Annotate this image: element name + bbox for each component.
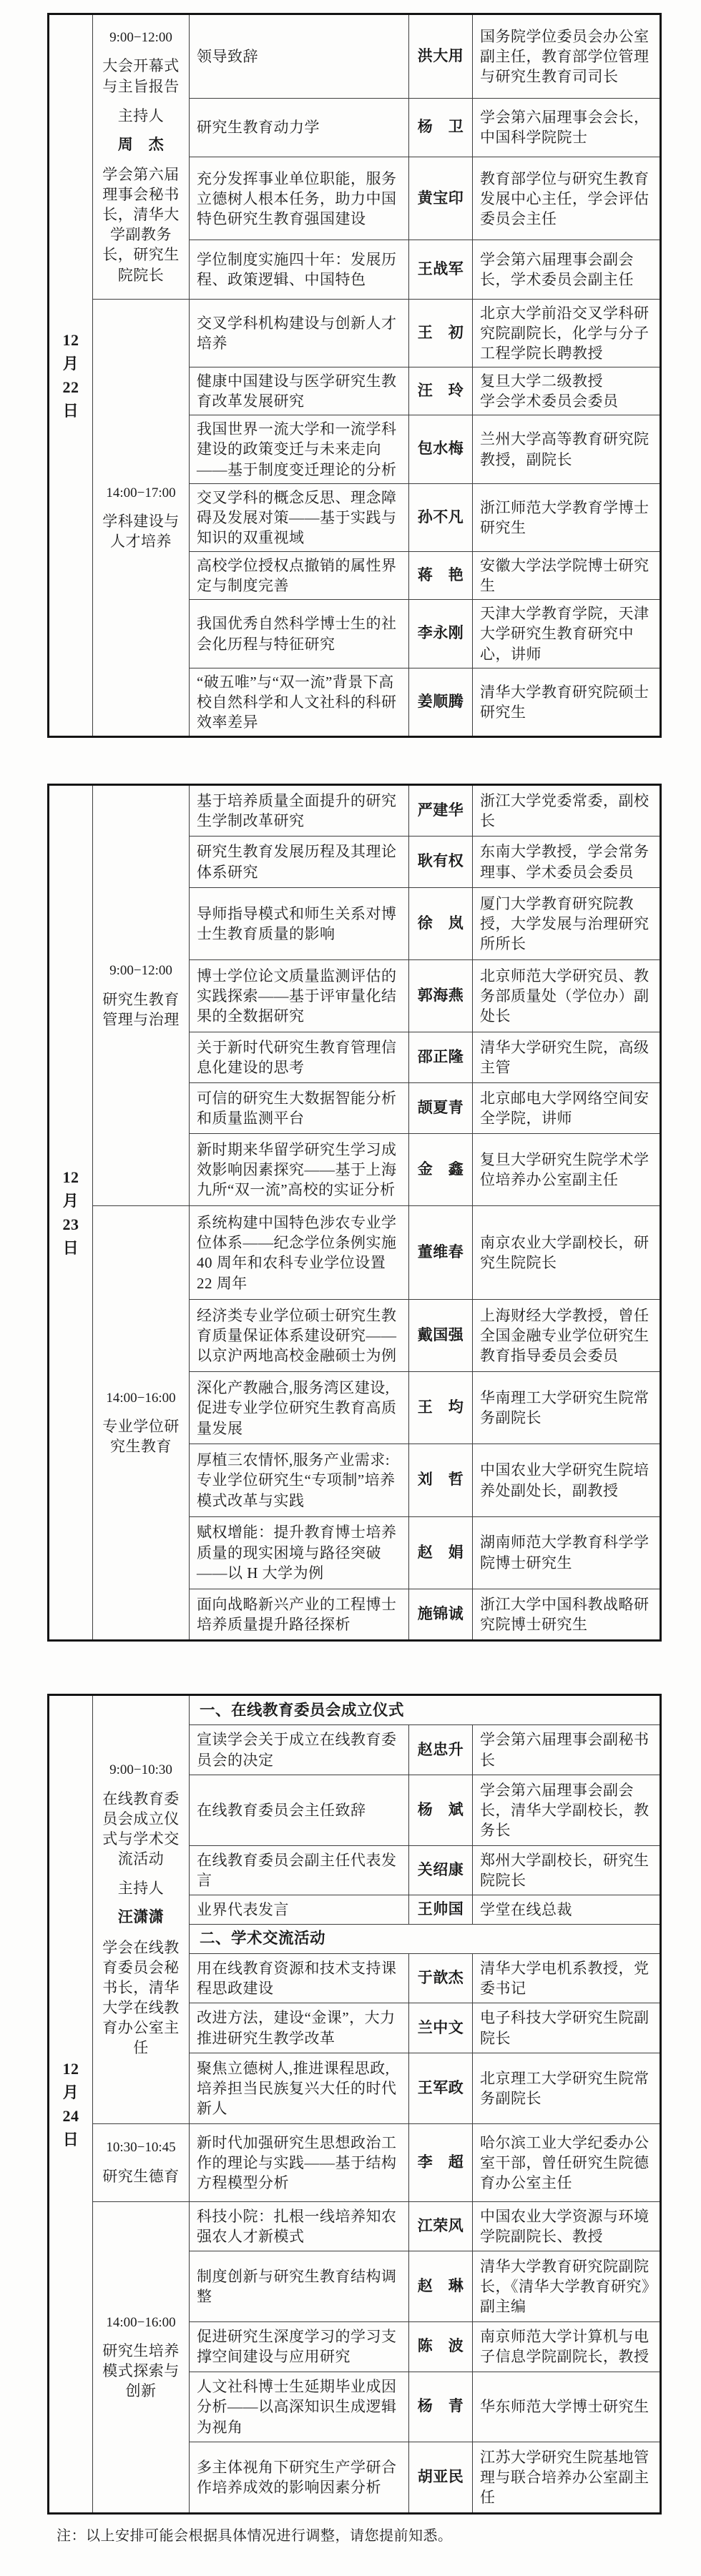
talk-title-cell: 博士学位论文质量监测评估的实践探索——基于评审量化结果的全数据研究: [190, 959, 409, 1032]
affiliation-cell: 教育部学位与研究生教育发展中心主任，学会评估委员会主任: [473, 157, 661, 240]
talk-title-cell: 制度创新与研究生教育结构调整: [190, 2251, 409, 2322]
session-label: 主持人: [98, 106, 184, 126]
talk-row: 12月23日9:00−12:00研究生教育管理与治理基于培养质量全面提升的研究生…: [49, 785, 661, 837]
speaker-name-cell: 杨 斌: [409, 1775, 473, 1845]
session-time: 14:00−16:00: [98, 1389, 184, 1407]
affiliation-cell: 复旦大学二级教授 学会学术委员会委员: [473, 367, 661, 415]
speaker-name-cell: 李永刚: [409, 600, 473, 668]
session-cell: 10:30−10:45研究生德育: [93, 2123, 190, 2201]
talk-title-cell: 改进方法，建设“金课”，大力推进研究生教学改革: [190, 2003, 409, 2053]
speaker-name-cell: 兰中文: [409, 2003, 473, 2053]
affiliation-cell: 学会第六届理事会会长，中国科学院院士: [473, 98, 661, 157]
talk-title-cell: 经济类专业学位硕士研究生教育质量保证体系建设研究——以京沪两地高校金融硕士为例: [190, 1300, 409, 1372]
talk-title-cell: 健康中国建设与医学研究生教育改革发展研究: [190, 367, 409, 415]
session-time: 10:30−10:45: [98, 2138, 184, 2156]
date-text: 日: [51, 2128, 91, 2151]
speaker-name-cell: 赵忠升: [409, 1725, 473, 1775]
talk-title-cell: “破五唯”与“双一流”背景下高校自然科学和人文社科的科研效率差异: [190, 668, 409, 736]
affiliation-cell: 学会第六届理事会副会长，学术委员会副主任: [473, 240, 661, 299]
session-cell: 14:00−16:00专业学位研究生教育: [93, 1206, 190, 1641]
date-text: 23: [51, 1213, 91, 1236]
talk-title-cell: 系统构建中国特色涉农专业学位体系——纪念学位条例实施 40 周年和农科专业学位设…: [190, 1206, 409, 1300]
footnote: 注：以上安排可能会根据具体情况进行调整，请您提前知悉。: [47, 2524, 660, 2545]
session-cell: 9:00−12:00研究生教育管理与治理: [93, 785, 190, 1206]
session-label: 主持人: [98, 1878, 184, 1898]
session-label: 周 杰: [98, 135, 184, 155]
speaker-name-cell: 蒋 艳: [409, 552, 473, 600]
speaker-name-cell: 包水梅: [409, 415, 473, 483]
affiliation-cell: 北京大学前沿交叉学科研究院副院长，化学与分子工程学院长聘教授: [473, 299, 661, 367]
talk-title-cell: 人文社科博士生延期毕业成因分析——以高深知识生成逻辑为视角: [190, 2372, 409, 2442]
speaker-name-cell: 黄宝印: [409, 157, 473, 240]
talk-title-cell: 基于培养质量全面提升的研究生学制改革研究: [190, 785, 409, 837]
speaker-name-cell: 严建华: [409, 785, 473, 837]
affiliation-cell: 兰州大学高等教育研究院教授，副院长: [473, 415, 661, 483]
speaker-name-cell: 王军政: [409, 2053, 473, 2123]
speaker-name-cell: 邵正隆: [409, 1032, 473, 1082]
affiliation-cell: 北京理工大学研究生院常务副院长: [473, 2053, 661, 2123]
session-label: 研究生培养模式探索与创新: [98, 2341, 184, 2401]
affiliation-cell: 复旦大学研究生院学术学位培养办公室副主任: [473, 1134, 661, 1206]
affiliation-cell: 南京农业大学副校长，研究生院院长: [473, 1206, 661, 1300]
schedule-table-day2-body: 12月23日9:00−12:00研究生教育管理与治理基于培养质量全面提升的研究生…: [49, 785, 661, 1641]
affiliation-cell: 电子科技大学研究生院副院长: [473, 2003, 661, 2053]
talk-title-cell: 在线教育委员会主任致辞: [190, 1775, 409, 1845]
date-text: 日: [51, 399, 91, 423]
speaker-name-cell: 于歆杰: [409, 1953, 473, 2003]
speaker-name-cell: 孙不凡: [409, 483, 473, 551]
talk-title-cell: 关于新时代研究生教育管理信息化建设的思考: [190, 1032, 409, 1082]
date-cell: 12月22日: [49, 14, 93, 737]
affiliation-cell: 学会第六届理事会副秘书长: [473, 1725, 661, 1775]
affiliation-cell: 哈尔滨工业大学纪委办公室干部，曾任研究生院德育办公室主任: [473, 2123, 661, 2201]
affiliation-cell: 清华大学电机系教授，党委书记: [473, 1953, 661, 2003]
affiliation-cell: 北京师范大学研究员、教务部质量处（学位办）副处长: [473, 959, 661, 1032]
speaker-name-cell: 杨 青: [409, 2372, 473, 2442]
date-text: 12: [51, 328, 91, 352]
talk-title-cell: 科技小院：扎根一线培养知农强农人才新模式: [190, 2201, 409, 2251]
speaker-name-cell: 金 鑫: [409, 1134, 473, 1206]
schedule-table-day1: 12月22日9:00−12:00大会开幕式与主旨报告主持人周 杰学会第六届理事会…: [47, 13, 662, 738]
date-text: 12: [51, 2057, 91, 2081]
speaker-name-cell: 颉夏青: [409, 1083, 473, 1134]
date-text: 月: [51, 352, 91, 375]
date-text: 12: [51, 1165, 91, 1189]
section-title-cell: 二、学术交流活动: [190, 1924, 661, 1953]
speaker-name-cell: 董维春: [409, 1206, 473, 1300]
speaker-name-cell: 汪 玲: [409, 367, 473, 415]
date-text: 月: [51, 1189, 91, 1213]
talk-title-cell: 新时期来华留学研究生学习成效影响因素探究——基于上海九所“双一流”高校的实证分析: [190, 1134, 409, 1206]
speaker-name-cell: 戴国强: [409, 1300, 473, 1372]
section-header-row: 12月24日9:00−10:30在线教育委员会成立仪式与学术交流活动主持人汪潇潇…: [49, 1695, 661, 1725]
speaker-name-cell: 刘 哲: [409, 1444, 473, 1516]
session-label: 大会开幕式与主旨报告: [98, 56, 184, 96]
session-label: 学科建设与人才培养: [98, 511, 184, 551]
talk-title-cell: 学位制度实施四十年：发展历程、政策逻辑、中国特色: [190, 240, 409, 299]
schedule-table-day3-body: 12月24日9:00−10:30在线教育委员会成立仪式与学术交流活动主持人汪潇潇…: [49, 1695, 661, 2514]
affiliation-cell: 清华大学研究生院，高级主管: [473, 1032, 661, 1082]
affiliation-cell: 天津大学教育学院，天津大学研究生教育研究中心，讲师: [473, 600, 661, 668]
affiliation-cell: 学会第六届理事会副会长，清华大学副校长，教务长: [473, 1775, 661, 1845]
affiliation-cell: 学堂在线总裁: [473, 1895, 661, 1924]
talk-title-cell: 深化产教融合,服务湾区建设,促进专业学位研究生教育高质量发展: [190, 1372, 409, 1444]
affiliation-cell: 北京邮电大学网络空间安全学院，讲师: [473, 1083, 661, 1134]
talk-title-cell: 交叉学科的概念反思、理念障碍及发展对策——基于实践与知识的双重视域: [190, 483, 409, 551]
session-time: 9:00−12:00: [98, 962, 184, 979]
affiliation-cell: 南京师范大学计算机与电子信息学院副院长，教授: [473, 2322, 661, 2372]
session-time: 9:00−12:00: [98, 29, 184, 46]
affiliation-cell: 江苏大学研究生院基地管理与联合培养办公室副主任: [473, 2442, 661, 2514]
affiliation-cell: 上海财经大学教授，曾任全国金融专业学位研究生教育指导委员会委员: [473, 1300, 661, 1372]
conference-schedule-page: 12月22日9:00−12:00大会开幕式与主旨报告主持人周 杰学会第六届理事会…: [0, 0, 701, 2566]
talk-title-cell: 高校学位授权点撤销的属性界定与制度完善: [190, 552, 409, 600]
affiliation-cell: 郑州大学副校长，研究生院院长: [473, 1845, 661, 1895]
speaker-name-cell: 姜顺腾: [409, 668, 473, 736]
date-text: 月: [51, 2081, 91, 2104]
section-title-cell: 一、在线教育委员会成立仪式: [190, 1695, 661, 1725]
speaker-name-cell: 王 初: [409, 299, 473, 367]
session-cell: 9:00−12:00大会开幕式与主旨报告主持人周 杰学会第六届理事会秘书长，清华…: [93, 14, 190, 300]
session-cell: 9:00−10:30在线教育委员会成立仪式与学术交流活动主持人汪潇潇学会在线教育…: [93, 1695, 190, 2124]
talk-row: 12月22日9:00−12:00大会开幕式与主旨报告主持人周 杰学会第六届理事会…: [49, 14, 661, 99]
affiliation-cell: 中国农业大学研究生院培养处副处长，副教授: [473, 1444, 661, 1516]
schedule-table-day3: 12月24日9:00−10:30在线教育委员会成立仪式与学术交流活动主持人汪潇潇…: [47, 1694, 662, 2515]
speaker-name-cell: 陈 波: [409, 2322, 473, 2372]
session-cell: 14:00−17:00学科建设与人才培养: [93, 299, 190, 736]
affiliation-cell: 厦门大学教育研究院教授，大学发展与治理研究所所长: [473, 887, 661, 959]
date-text: 日: [51, 1236, 91, 1260]
speaker-name-cell: 关绍康: [409, 1845, 473, 1895]
talk-title-cell: 研究生教育动力学: [190, 98, 409, 157]
talk-row: 10:30−10:45研究生德育新时代加强研究生思想政治工作的理论与实践——基于…: [49, 2123, 661, 2201]
affiliation-cell: 湖南师范大学教育科学学院博士研究生: [473, 1516, 661, 1589]
date-text: 24: [51, 2104, 91, 2128]
talk-row: 14:00−16:00专业学位研究生教育系统构建中国特色涉农专业学位体系——纪念…: [49, 1206, 661, 1300]
speaker-name-cell: 郭海燕: [409, 959, 473, 1032]
affiliation-cell: 东南大学教授，学会常务理事、学术委员会委员: [473, 837, 661, 887]
talk-title-cell: 新时代加强研究生思想政治工作的理论与实践——基于结构方程模型分析: [190, 2123, 409, 2201]
talk-title-cell: 研究生教育发展历程及其理论体系研究: [190, 837, 409, 887]
speaker-name-cell: 耿有权: [409, 837, 473, 887]
speaker-name-cell: 王帅国: [409, 1895, 473, 1924]
date-cell: 12月23日: [49, 785, 93, 1641]
affiliation-cell: 浙江师范大学教育学博士研究生: [473, 483, 661, 551]
talk-title-cell: 多主体视角下研究生产学研合作培养成效的影响因素分析: [190, 2442, 409, 2514]
session-label: 专业学位研究生教育: [98, 1416, 184, 1456]
session-cell: 14:00−16:00研究生培养模式探索与创新: [93, 2201, 190, 2513]
speaker-name-cell: 赵 娟: [409, 1516, 473, 1589]
speaker-name-cell: 洪大用: [409, 14, 473, 99]
speaker-name-cell: 施锦诚: [409, 1589, 473, 1640]
session-label: 研究生德育: [98, 2166, 184, 2186]
schedule-table-day1-body: 12月22日9:00−12:00大会开幕式与主旨报告主持人周 杰学会第六届理事会…: [49, 14, 661, 737]
talk-title-cell: 充分发挥事业单位职能，服务立德树人根本任务，助力中国特色研究生教育强国建设: [190, 157, 409, 240]
affiliation-cell: 安徽大学法学院博士研究生: [473, 552, 661, 600]
speaker-name-cell: 李 超: [409, 2123, 473, 2201]
session-time: 9:00−10:30: [98, 1761, 184, 1779]
talk-title-cell: 厚植三农情怀,服务产业需求:专业学位研究生“专项制”培养模式改革与实践: [190, 1444, 409, 1516]
talk-title-cell: 业界代表发言: [190, 1895, 409, 1924]
affiliation-cell: 国务院学位委员会办公室副主任，教育部学位管理与研究生教育司司长: [473, 14, 661, 99]
talk-row: 14:00−16:00研究生培养模式探索与创新科技小院：扎根一线培养知农强农人才…: [49, 2201, 661, 2251]
speaker-name-cell: 江荣风: [409, 2201, 473, 2251]
session-time: 14:00−16:00: [98, 2314, 184, 2331]
affiliation-cell: 华南理工大学研究生院常务副院长: [473, 1372, 661, 1444]
talk-title-cell: 我国世界一流大学和一流学科建设的政策变迁与未来走向——基于制度变迁理论的分析: [190, 415, 409, 483]
speaker-name-cell: 胡亚民: [409, 2442, 473, 2514]
affiliation-cell: 清华大学教育研究院硕士研究生: [473, 668, 661, 736]
talk-title-cell: 用在线教育资源和技术支持课程思政建设: [190, 1953, 409, 2003]
date-cell: 12月24日: [49, 1695, 93, 2514]
speaker-name-cell: 王 均: [409, 1372, 473, 1444]
talk-title-cell: 我国优秀自然科学博士生的社会化历程与特征研究: [190, 600, 409, 668]
talk-title-cell: 聚焦立德树人,推进课程思政,培养担当民族复兴大任的时代新人: [190, 2053, 409, 2123]
talk-title-cell: 在线教育委员会副主任代表发言: [190, 1845, 409, 1895]
talk-row: 14:00−17:00学科建设与人才培养交叉学科机构建设与创新人才培养王 初北京…: [49, 299, 661, 367]
affiliation-cell: 清华大学教育研究院副院长，《清华大学教育研究》副主编: [473, 2251, 661, 2322]
affiliation-cell: 浙江大学中国科教战略研究院博士研究生: [473, 1589, 661, 1640]
talk-title-cell: 宣读学会关于成立在线教育委员会的决定: [190, 1725, 409, 1775]
session-time: 14:00−17:00: [98, 484, 184, 502]
talk-title-cell: 面向战略新兴产业的工程博士培养质量提升路径探析: [190, 1589, 409, 1640]
talk-title-cell: 领导致辞: [190, 14, 409, 99]
speaker-name-cell: 王战军: [409, 240, 473, 299]
session-label: 汪潇潇: [98, 1908, 184, 1928]
talk-title-cell: 交叉学科机构建设与创新人才培养: [190, 299, 409, 367]
date-text: 22: [51, 375, 91, 399]
talk-title-cell: 赋权增能：提升教育博士培养质量的现实困境与路径突破——以 H 大学为例: [190, 1516, 409, 1589]
speaker-name-cell: 赵 琳: [409, 2251, 473, 2322]
affiliation-cell: 中国农业大学资源与环境学院副院长、教授: [473, 2201, 661, 2251]
affiliation-cell: 华东师范大学博士研究生: [473, 2372, 661, 2442]
session-label: 学会在线教育委员会秘书长，清华大学在线教育办公室主任: [98, 1938, 184, 2058]
talk-title-cell: 促进研究生深度学习的学习支撑空间建设与应用研究: [190, 2322, 409, 2372]
speaker-name-cell: 徐 岚: [409, 887, 473, 959]
session-label: 在线教育委员会成立仪式与学术交流活动: [98, 1789, 184, 1870]
affiliation-cell: 浙江大学党委常委，副校长: [473, 785, 661, 837]
schedule-table-day2: 12月23日9:00−12:00研究生教育管理与治理基于培养质量全面提升的研究生…: [47, 784, 662, 1642]
session-label: 研究生教育管理与治理: [98, 990, 184, 1030]
talk-title-cell: 导师指导模式和师生关系对博士生教育质量的影响: [190, 887, 409, 959]
speaker-name-cell: 杨 卫: [409, 98, 473, 157]
talk-title-cell: 可信的研究生大数据智能分析和质量监测平台: [190, 1083, 409, 1134]
session-label: 学会第六届理事会秘书长，清华大学副教务长，研究生院院长: [98, 164, 184, 285]
